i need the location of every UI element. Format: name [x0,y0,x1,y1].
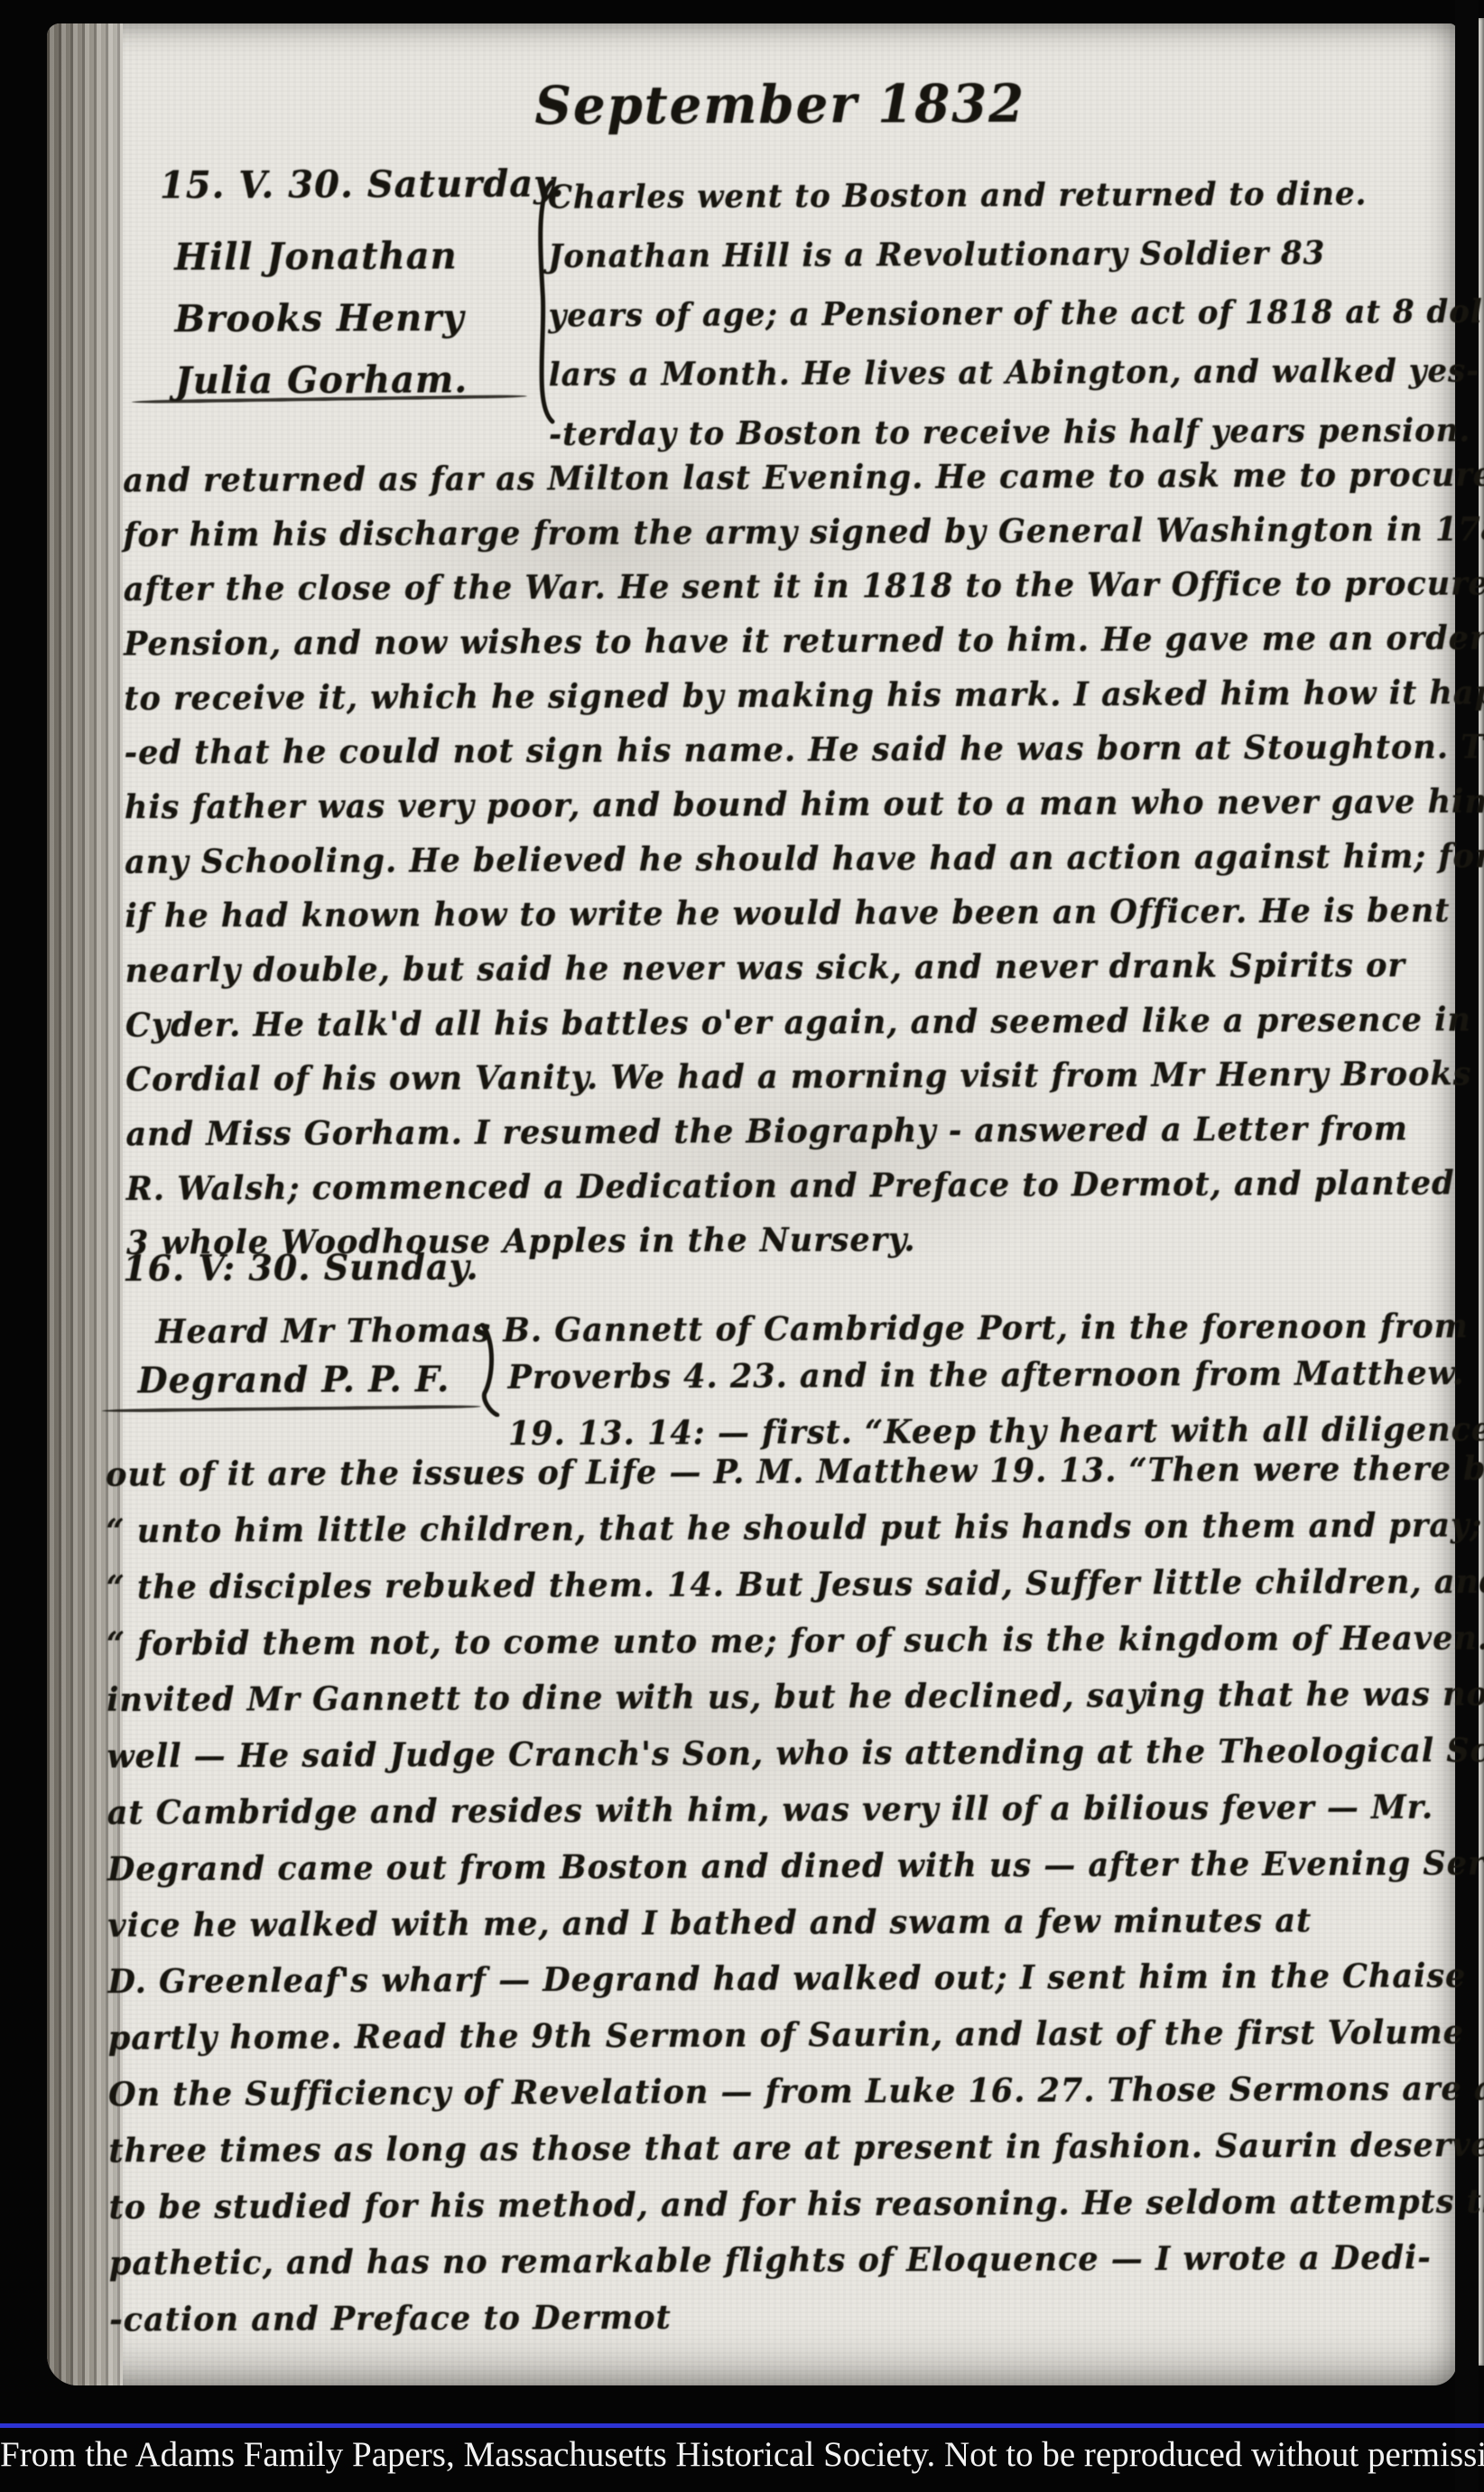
manuscript-line: Cordial of his own Vanity. We had a morn… [125,1046,1484,1107]
manuscript-line: -ed that he could not sign his name. He … [124,721,1484,781]
archive-credit-caption: From the Adams Family Papers, Massachuse… [0,2434,1484,2475]
manuscript-line: “ forbid them not, to come unto me; for … [107,1610,1484,1673]
footer-divider-rule [0,2423,1484,2428]
manuscript-line: lars a Month. He lives at Abington, and … [549,342,1484,405]
margin-name: Julia Gorham. [175,349,468,413]
entry1-margin-names: Hill Jonathan Brooks Henry Julia Gorham. [174,225,468,412]
manuscript-line: if he had known how to write he would ha… [125,884,1484,944]
manuscript-line: three times as long as those that are at… [108,2117,1484,2180]
entry1-body-text: and returned as far as Milton last Eveni… [123,448,1484,1271]
manuscript-line: Pension, and now wishes to have it retur… [124,611,1484,672]
manuscript-line: and Miss Gorham. I resumed the Biography… [125,1102,1484,1162]
margin-underline [102,1405,481,1413]
page-title: September 1832 [534,73,1025,137]
manuscript-line: “ the disciples rebuked them. 14. But Je… [107,1554,1484,1617]
manuscript-line: nearly double, but said he never was sic… [125,938,1484,999]
manuscript-line: to be studied for his method, and for hi… [109,2173,1484,2236]
manuscript-line: his father was very poor, and bound him … [125,775,1484,835]
entry1-column-text: Charles went to Boston and returned to d… [548,164,1484,464]
manuscript-line: pathetic, and has no remarkable flights … [109,2229,1484,2292]
manuscript-line: for him his discharge from the army sign… [123,502,1484,563]
manuscript-line: Charles went to Boston and returned to d… [548,164,1484,228]
manuscript-line: Jonathan Hill is a Revolutionary Soldier… [548,224,1484,287]
manuscript-line: partly home. Read the 9th Sermon of Saur… [108,2004,1484,2068]
entry2-body-text: out of it are the issues of Life — P. M.… [106,1441,1484,2349]
margin-name: Hill Jonathan [174,225,468,288]
manuscript-line: -cation and Preface to Dermot [109,2286,1484,2349]
manuscript-line: On the Sufficiency of Revelation — from … [108,2060,1484,2124]
margin-name: Brooks Henry [174,287,468,350]
manuscript-line: to receive it, which he signed by making… [124,665,1484,726]
manuscript-line: invited Mr Gannett to dine with us, but … [107,1666,1484,1729]
manuscript-line: vice he walked with me, and I bathed and… [107,1892,1484,1955]
margin-bracket-icon [477,1323,500,1417]
manuscript-line: Proverbs 4. 23. and in the afternoon fro… [507,1345,1484,1407]
manuscript-line: any Schooling. He believed he should hav… [125,829,1484,889]
handwriting-layer: September 1832 15. V. 30. Saturday. Hill… [0,0,1484,2492]
manuscript-line: “ unto him little children, that he shou… [106,1497,1484,1560]
manuscript-line: at Cambridge and resides with him, was v… [107,1779,1484,1842]
manuscript-line: Cyder. He talk'd all his battles o'er ag… [125,992,1484,1053]
entry1-date-heading: 15. V. 30. Saturday. [160,162,565,208]
manuscript-line: after the close of the War. He sent it i… [124,557,1484,618]
manuscript-line: years of age; a Pensioner of the act of … [548,283,1484,346]
manuscript-line: out of it are the issues of Life — P. M.… [106,1441,1484,1504]
manuscript-line: D. Greenleaf's wharf — Degrand had walke… [107,1948,1484,2011]
manuscript-line: Degrand came out from Boston and dined w… [107,1836,1484,1899]
manuscript-line: and returned as far as Milton last Eveni… [123,448,1484,508]
manuscript-line: R. Walsh; commenced a Dedication and Pre… [126,1156,1484,1216]
entry2-date-heading: 16. V: 30. Sunday. [123,1245,479,1289]
scanned-diary-page: September 1832 15. V. 30. Saturday. Hill… [0,0,1484,2492]
manuscript-line: well — He said Judge Cranch's Son, who i… [107,1723,1484,1786]
entry2-margin-name: Degrand P. P. F. [138,1357,450,1400]
